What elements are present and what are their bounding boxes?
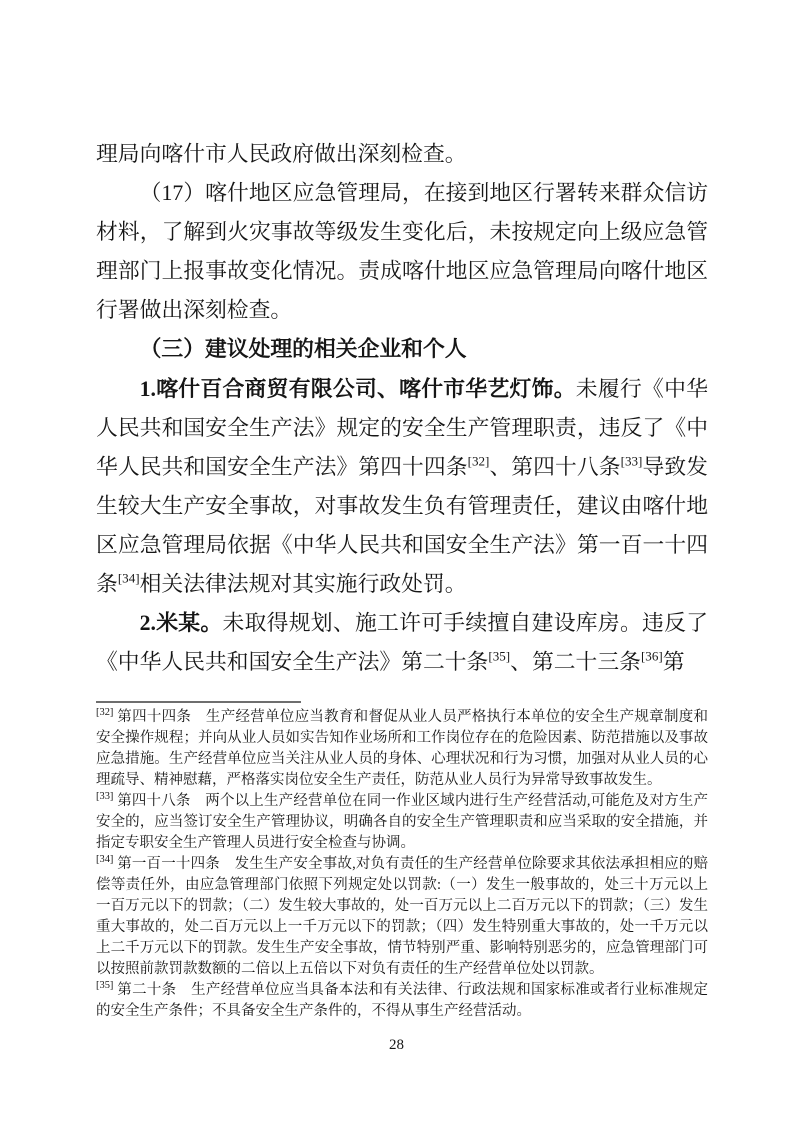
footnote-ref: [32] (468, 453, 490, 468)
footnote: [34] 第一百一十四条 发生生产安全事故,对负有责任的生产经营单位除要求其依法… (96, 854, 708, 980)
footnote-marker: [33] (96, 791, 113, 802)
footnote-marker: [32] (96, 707, 113, 718)
paragraph: 2.米某。未取得规划、施工许可手续擅自建设库房。违反了《中华人民共和国安全生产法… (96, 604, 708, 682)
page-number: 28 (0, 1037, 793, 1054)
footnote: [33] 第四十八条 两个以上生产经营单位在同一作业区域内进行生产经营活动,可能… (96, 791, 708, 854)
text-run: 相关法律法规对其实施行政处罚。 (140, 572, 467, 596)
text-run: （三）建议处理的相关企业和个人 (140, 337, 467, 361)
footnote-ref: [33] (621, 453, 643, 468)
paragraph: 1.喀什百合商贸有限公司、喀什市华艺灯饰。未履行《中华人民共和国安全生产法》规定… (96, 370, 708, 605)
footnote-ref: [35] (488, 649, 510, 664)
paragraph: 理局向喀什市人民政府做出深刻检查。 (96, 135, 708, 174)
document-page: 理局向喀什市人民政府做出深刻检查。（17）喀什地区应急管理局，在接到地区行署转来… (0, 0, 793, 1122)
text-run: 第 (663, 650, 685, 674)
footnote-separator (96, 701, 301, 703)
footnote: [32] 第四十四条 生产经营单位应当教育和督促从业人员严格执行本单位的安全生产… (96, 707, 708, 791)
footnote-marker: [35] (96, 980, 113, 991)
footnote-ref: [36] (641, 649, 663, 664)
document-body: 理局向喀什市人民政府做出深刻检查。（17）喀什地区应急管理局，在接到地区行署转来… (96, 135, 708, 682)
text-run: 理局向喀什市人民政府做出深刻检查。 (96, 142, 467, 166)
text-run: 、第二十三条 (510, 650, 641, 674)
text-run: 、第四十八条 (489, 455, 620, 479)
footnote: [35] 第二十条 生产经营单位应当具备本法和有关法律、行政法规和国家标准或者行… (96, 980, 708, 1022)
paragraph: （17）喀什地区应急管理局，在接到地区行署转来群众信访材料，了解到火灾事故等级发… (96, 174, 708, 330)
footnotes: [32] 第四十四条 生产经营单位应当教育和督促从业人员严格执行本单位的安全生产… (96, 707, 708, 1022)
footnote-ref: [34] (118, 571, 140, 586)
text-run: 2.米某。 (140, 611, 223, 635)
footnote-marker: [34] (96, 854, 113, 865)
text-run: 1.喀什百合商贸有限公司、喀什市华艺灯饰。 (140, 377, 576, 401)
text-run: （17）喀什地区应急管理局，在接到地区行署转来群众信访材料，了解到火灾事故等级发… (96, 181, 708, 322)
section-heading: （三）建议处理的相关企业和个人 (96, 330, 708, 369)
